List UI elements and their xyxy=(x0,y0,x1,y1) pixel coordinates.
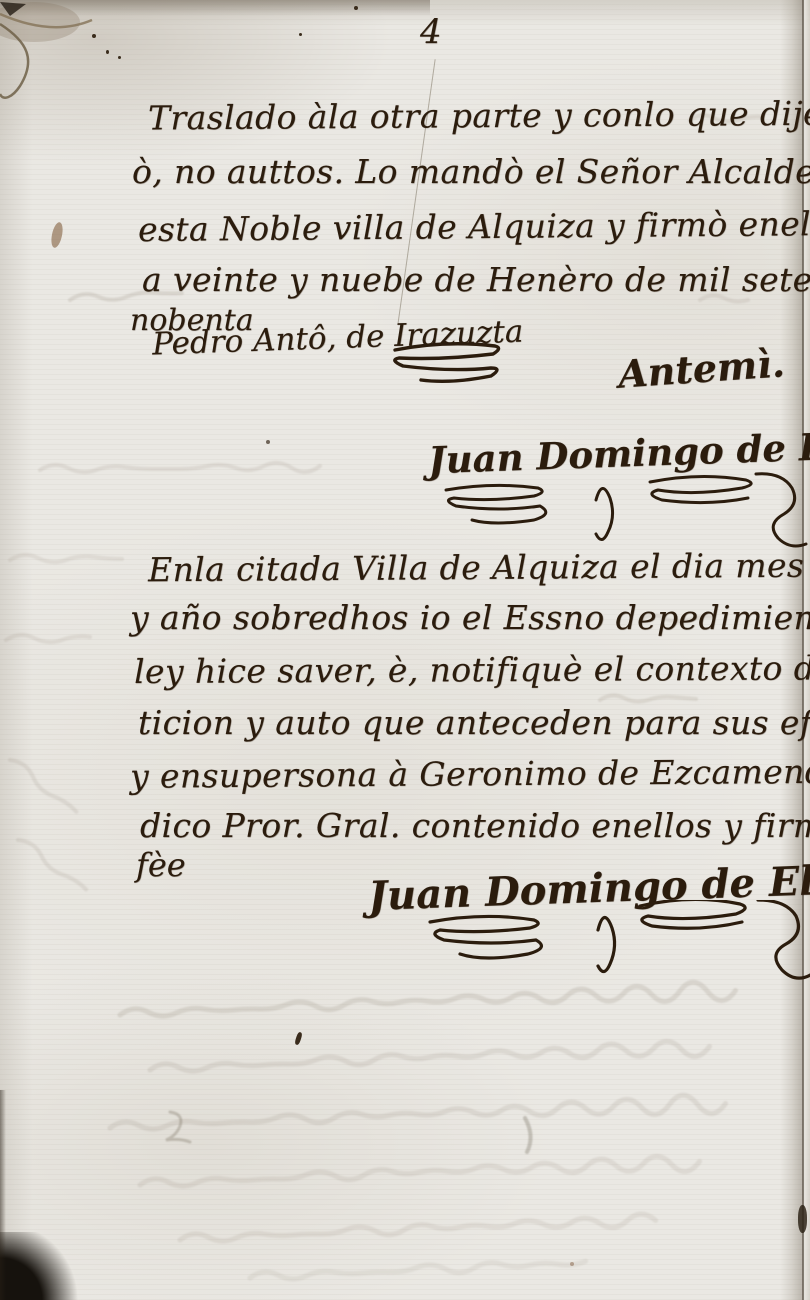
ink-speck xyxy=(299,33,302,36)
notification-line-7: fèe xyxy=(136,846,186,884)
notification-line-5: y ensupersona à Geronimo de Ezcamendi Si… xyxy=(130,751,810,795)
decree-line-3: esta Noble villa de Alquiza y firmò enel… xyxy=(138,204,810,249)
scanned-manuscript-page: { "document": { "folio_number": "4", "de… xyxy=(0,0,810,1300)
escribano-signature: Juan Domingo de Elola xyxy=(427,422,810,483)
manuscript-paper: 4 Traslado àla otra parte y conlo que di… xyxy=(0,0,810,1300)
notification-line-6: dico Pror. Gral. contenido enellos y fir… xyxy=(140,806,810,845)
rust-stain xyxy=(49,221,64,249)
decree-line-2: ò, no auttos. Lo mandò el Señor Alcalde … xyxy=(132,152,810,191)
notification-line-1: Enla citada Villa de Alquiza el dia mes xyxy=(148,546,804,590)
ante-mi-label: Antemì. xyxy=(617,340,786,397)
ink-speck xyxy=(118,56,121,59)
notification-line-2: y año sobredhos io el Essno depedimiento… xyxy=(130,598,810,637)
ink-speck xyxy=(294,1032,303,1046)
bottom-left-corner-shadow xyxy=(0,1232,110,1300)
closing-signature: Juan Domingo de Elola xyxy=(367,855,810,920)
ink-speck xyxy=(266,440,270,444)
top-edge-shadow xyxy=(0,0,430,16)
notification-line-4: ticion y auto que anteceden para sus efe… xyxy=(138,703,810,742)
decree-line-1: Traslado àla otra parte y conlo que dije… xyxy=(148,94,810,138)
right-edge-notch xyxy=(798,1205,807,1233)
folio-number: 4 xyxy=(420,12,442,52)
decree-line-4: a veinte y nuebe de Henèro de mil seteci… xyxy=(142,260,810,299)
ink-speck xyxy=(354,6,358,10)
left-edge-shadow xyxy=(0,1090,6,1300)
ink-speck xyxy=(570,1262,574,1266)
ink-speck xyxy=(106,50,109,54)
ink-speck xyxy=(92,34,96,38)
notification-line-3: ley hice saver, è, notifiquè el contexto… xyxy=(134,648,810,691)
